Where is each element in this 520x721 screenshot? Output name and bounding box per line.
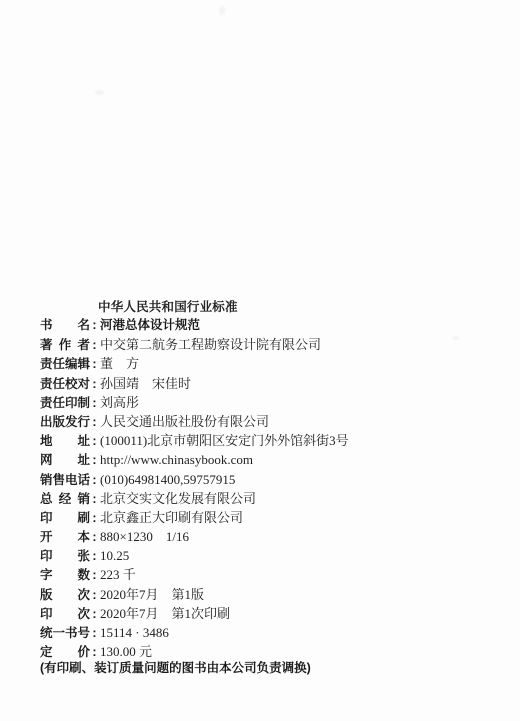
field-value: 10.25 bbox=[99, 546, 129, 565]
field-label: 印刷 bbox=[40, 509, 90, 528]
colophon-row-website: 网址:http://www.chinasybook.com bbox=[40, 450, 490, 469]
colon: : bbox=[90, 566, 99, 585]
colophon-row-impression: 印次:2020年7月 第1次印刷 bbox=[40, 604, 490, 623]
colophon-row-book-number: 统一书号:15114 · 3486 bbox=[40, 623, 490, 642]
field-label: 责任编辑 bbox=[40, 355, 90, 374]
colon: : bbox=[90, 316, 99, 335]
field-value: 刘高彤 bbox=[99, 393, 139, 412]
field-label: 统一书号 bbox=[40, 624, 90, 643]
field-value: 15114 · 3486 bbox=[99, 623, 169, 642]
field-value: 880×1230 1/16 bbox=[99, 527, 189, 546]
colophon-row-edition: 版次:2020年7月 第1版 bbox=[40, 585, 490, 604]
colophon-info-list: 书名:河港总体设计规范 著作者:中交第二航务工程勘察设计院有限公司 责任编辑:董… bbox=[40, 316, 490, 661]
colon: : bbox=[90, 528, 99, 547]
field-label: 书名 bbox=[40, 316, 90, 335]
colon: : bbox=[90, 451, 99, 470]
field-value: 北京交实文化发展有限公司 bbox=[99, 489, 256, 508]
colon: : bbox=[90, 490, 99, 509]
colon: : bbox=[90, 394, 99, 413]
scan-speck bbox=[95, 90, 104, 95]
colophon-row-price: 定价:130.00 元 bbox=[40, 642, 490, 661]
colophon-row-publisher: 出版发行:人民交通出版社股份有限公司 bbox=[40, 412, 490, 431]
colon: : bbox=[90, 624, 99, 643]
colophon-row-address: 地址:(100011)北京市朝阳区安定门外外馆斜街3号 bbox=[40, 431, 490, 450]
colon: : bbox=[90, 336, 99, 355]
colophon-row-book-title: 书名:河港总体设计规范 bbox=[40, 316, 490, 335]
field-label: 责任校对 bbox=[40, 375, 90, 394]
colophon-row-word-count: 字数:223 千 bbox=[40, 565, 490, 584]
colophon-row-sales-phone: 销售电话:(010)64981400,59757915 bbox=[40, 470, 490, 489]
field-label: 版次 bbox=[40, 586, 90, 605]
field-value: 223 千 bbox=[99, 565, 136, 584]
colophon-row-author: 著作者:中交第二航务工程勘察设计院有限公司 bbox=[40, 335, 490, 354]
field-label: 印次 bbox=[40, 605, 90, 624]
field-label: 字数 bbox=[40, 566, 90, 585]
field-value: (010)64981400,59757915 bbox=[99, 470, 235, 489]
field-value: 北京鑫正大印刷有限公司 bbox=[99, 508, 243, 527]
colon: : bbox=[90, 355, 99, 374]
colon: : bbox=[90, 605, 99, 624]
colon: : bbox=[90, 413, 99, 432]
colophon-row-printer: 印刷:北京鑫正大印刷有限公司 bbox=[40, 508, 490, 527]
colon: : bbox=[90, 547, 99, 566]
field-value: 河港总体设计规范 bbox=[99, 316, 200, 335]
field-label: 总经销 bbox=[40, 490, 90, 509]
field-value: 中交第二航务工程勘察设计院有限公司 bbox=[99, 335, 321, 354]
field-label: 出版发行 bbox=[40, 413, 90, 432]
colon: : bbox=[90, 375, 99, 394]
quality-exchange-note: (有印刷、装订质量问题的图书由本公司负责调换) bbox=[40, 660, 311, 677]
colophon-row-editor: 责任编辑:董 方 bbox=[40, 354, 490, 373]
field-label: 开本 bbox=[40, 528, 90, 547]
field-value: (100011)北京市朝阳区安定门外外馆斜街3号 bbox=[99, 431, 349, 450]
field-value: 董 方 bbox=[99, 354, 139, 373]
standard-type-heading: 中华人民共和国行业标准 bbox=[98, 300, 238, 314]
colon: : bbox=[90, 586, 99, 605]
colophon-row-proofreader: 责任校对:孙国靖 宋佳时 bbox=[40, 374, 490, 393]
colon: : bbox=[90, 471, 99, 490]
colophon-row-print-supervisor: 责任印制:刘高彤 bbox=[40, 393, 490, 412]
field-value: 孙国靖 宋佳时 bbox=[99, 374, 191, 393]
field-label: 著作者 bbox=[40, 336, 90, 355]
field-value: 人民交通出版社股份有限公司 bbox=[99, 412, 269, 431]
field-value: 130.00 元 bbox=[99, 642, 152, 661]
colophon-row-distributor: 总经销:北京交实文化发展有限公司 bbox=[40, 489, 490, 508]
colophon-page: 中华人民共和国行业标准 书名:河港总体设计规范 著作者:中交第二航务工程勘察设计… bbox=[0, 0, 520, 721]
field-label: 销售电话 bbox=[40, 471, 90, 490]
colon: : bbox=[90, 432, 99, 451]
colon: : bbox=[90, 509, 99, 528]
field-value: 2020年7月 第1版 bbox=[99, 585, 204, 604]
field-label: 责任印制 bbox=[40, 394, 90, 413]
field-value: 2020年7月 第1次印刷 bbox=[99, 604, 230, 623]
colophon-row-format: 开本:880×1230 1/16 bbox=[40, 527, 490, 546]
scan-speck bbox=[219, 6, 225, 15]
colophon-row-sheets: 印张:10.25 bbox=[40, 546, 490, 565]
field-label: 地址 bbox=[40, 432, 90, 451]
field-label: 印张 bbox=[40, 547, 90, 566]
field-value: http://www.chinasybook.com bbox=[99, 450, 253, 469]
field-label: 网址 bbox=[40, 451, 90, 470]
